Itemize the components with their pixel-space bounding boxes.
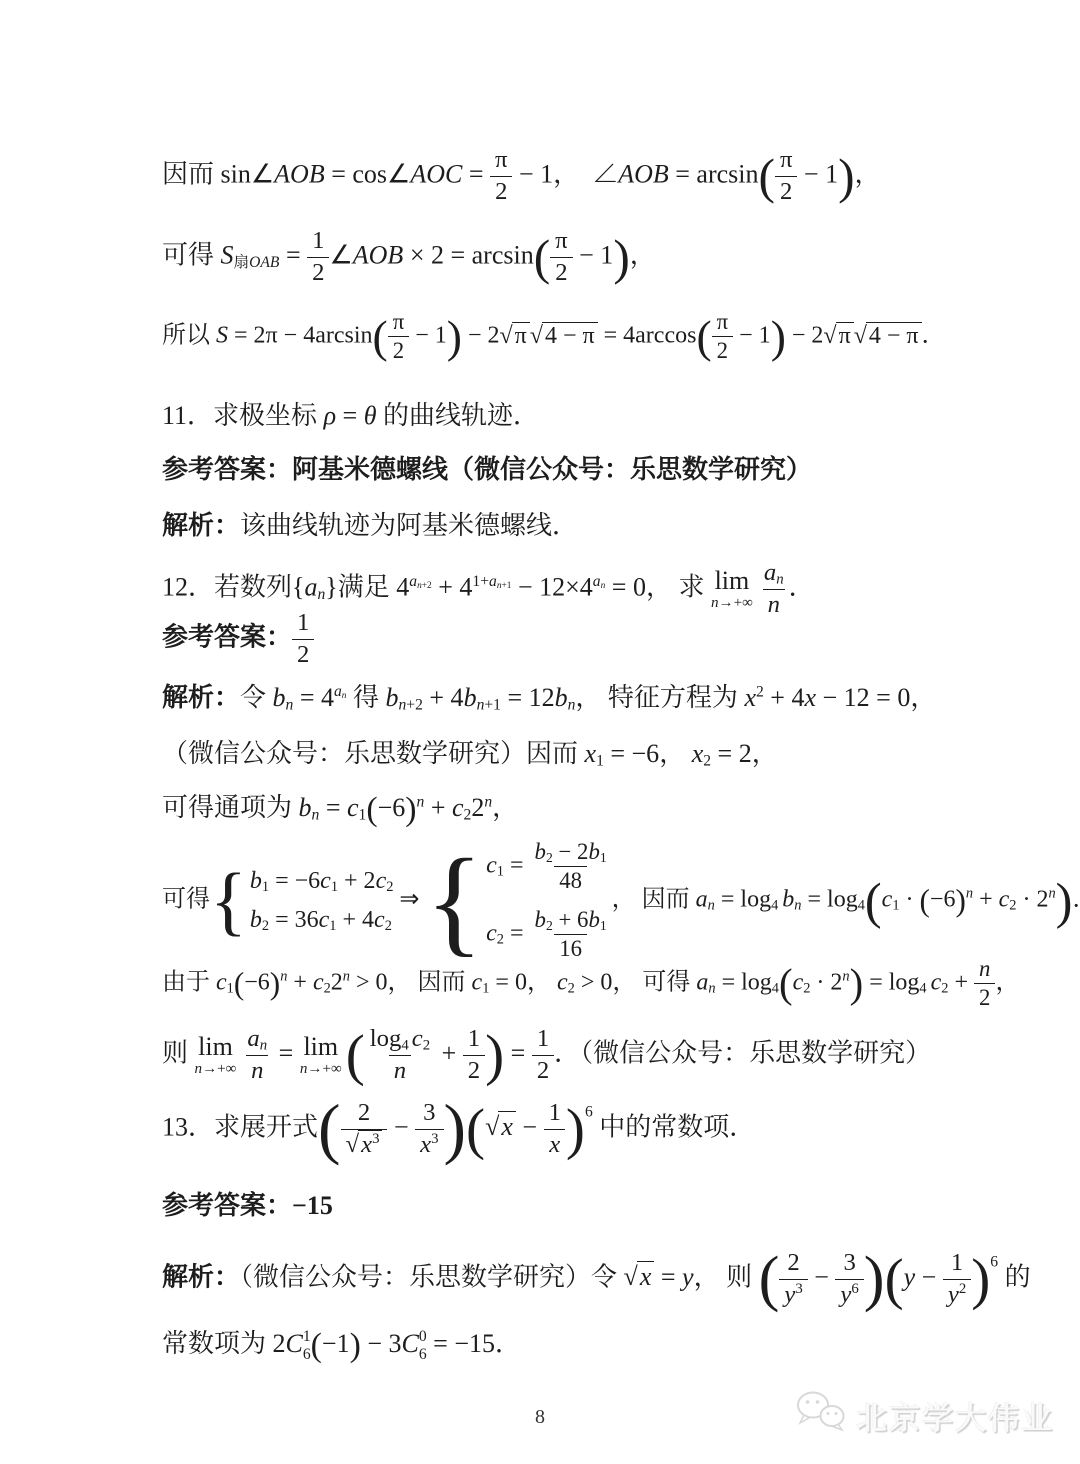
math-paren: )	[1056, 883, 1073, 919]
math-text: = 4	[293, 683, 334, 712]
math-var: b	[588, 839, 599, 864]
math-text: = −15	[427, 1329, 495, 1358]
math-var: n	[966, 886, 973, 902]
math-text: = cos∠	[325, 159, 411, 188]
math-var: c	[793, 970, 804, 996]
math-var: y	[904, 1262, 916, 1291]
math-sup: an	[334, 683, 346, 700]
math-var: n	[484, 793, 492, 810]
line-q13-analysis-1: 解析：（微信公众号：乐思数学研究）令 √x = y， 则 (2y3 − 3y6)…	[162, 1248, 1031, 1311]
math-text: 1	[497, 864, 504, 880]
math-text: 3	[372, 1131, 379, 1147]
math-paren: )	[485, 1035, 504, 1076]
math-paren: (	[759, 1257, 780, 1302]
math-paren: (	[759, 159, 775, 195]
math-fraction: 1x	[544, 1098, 566, 1161]
line-q12-analysis-2: （微信公众号：乐思数学研究）因而 x1 = −6， x2 = 2，	[162, 736, 778, 771]
math-text: −1	[322, 1329, 350, 1358]
math-fraction: 12	[532, 1024, 554, 1087]
math-fraction: n2	[974, 955, 995, 1013]
math-sqrt: √x	[624, 1262, 655, 1291]
math-text: 1	[951, 1249, 963, 1276]
math-text: π	[780, 146, 792, 173]
math-text: lim	[715, 566, 750, 595]
math-sup: an	[593, 573, 605, 590]
math-fraction: ann	[759, 558, 789, 621]
cjk-text: ，	[910, 683, 936, 712]
math-text: 2	[497, 932, 504, 948]
cjk-text: ，	[630, 240, 656, 269]
math-fraction: π2	[712, 308, 734, 366]
cjk-text: ， 因而	[388, 970, 472, 996]
math-text: 2	[262, 918, 269, 934]
math-var: n	[842, 969, 849, 985]
math-text: +1	[502, 581, 512, 591]
math-text: 2	[385, 918, 392, 934]
math-var: x	[549, 1131, 560, 1158]
math-var: b	[555, 683, 568, 712]
math-text: 1	[227, 981, 234, 997]
math-var: b	[250, 907, 262, 933]
math-sup: 3	[372, 1131, 379, 1147]
math-text: 4	[919, 981, 926, 997]
math-var: a	[247, 1025, 259, 1052]
math-text: 6	[303, 1346, 311, 1363]
math-text: lim	[303, 1032, 338, 1061]
math-var: n	[708, 981, 715, 997]
cjk-text: 的	[998, 1262, 1031, 1291]
math-text: π	[717, 309, 729, 334]
math-text: ∠	[329, 240, 352, 269]
cjk-text: ．	[789, 572, 815, 601]
math-text: 1	[549, 1099, 561, 1126]
math-text: 2	[495, 178, 507, 205]
math-sub: n	[260, 1037, 267, 1053]
math-sqrt: √π	[823, 323, 853, 349]
cjk-text: ， 可得	[612, 970, 696, 996]
math-text: −	[915, 1262, 943, 1291]
math-fraction: 12	[292, 608, 314, 671]
math-paren: )	[971, 1259, 990, 1300]
math-text: = 0	[489, 970, 527, 996]
math-var: c	[486, 853, 497, 879]
math-text: 2	[756, 683, 764, 700]
cjk-text: ．	[495, 1329, 521, 1358]
math-text: − 12 = 0	[816, 683, 910, 712]
math-var: AOC	[410, 159, 462, 188]
math-text: 1	[537, 1025, 549, 1052]
math-paren: )	[447, 321, 462, 354]
math-paren: )	[850, 969, 864, 998]
math-var: c	[486, 920, 497, 946]
math-paren: (	[346, 1035, 365, 1076]
line-general-term: 可得通项为 bn = c1(−6)n + c22n，	[162, 790, 518, 825]
math-var: y	[682, 1262, 694, 1291]
math-text: 2	[555, 259, 567, 286]
math-sup: 1+an+1	[472, 573, 511, 590]
math-paren: (	[373, 321, 388, 354]
line-q11: 11．求极坐标 ρ = θ 的曲线轨迹．	[162, 398, 539, 433]
math-text: →+∞	[719, 595, 753, 611]
math-sub: n+2	[399, 696, 423, 713]
math-paren: (	[311, 1334, 322, 1358]
cjk-text: 得	[346, 683, 385, 712]
math-limit: limn→+∞	[300, 1033, 342, 1077]
math-text: 2	[546, 850, 553, 865]
math-fraction: π2	[490, 145, 512, 208]
math-sqrt: √x3	[346, 1131, 383, 1158]
math-var: a	[489, 573, 497, 590]
math-text: +2	[422, 581, 432, 591]
math-text: 4	[396, 572, 409, 601]
math-text: 2	[393, 338, 404, 363]
math-fraction: b2 − 2b148	[530, 838, 612, 896]
math-var: a	[305, 572, 318, 601]
math-var: x	[692, 739, 704, 768]
math-fraction: 2√x3	[341, 1098, 388, 1161]
math-text: 2	[979, 985, 990, 1010]
label-text: 参考答案：阿基米德螺线（微信公众号：乐思数学研究）	[162, 455, 812, 484]
math-var: AOB	[618, 159, 669, 188]
cjk-text: 可得通项为	[162, 793, 299, 822]
math-text: π	[555, 227, 567, 254]
math-sub: n+1	[477, 696, 501, 713]
math-text: 4 − π	[545, 323, 595, 349]
math-text: =	[504, 1038, 532, 1067]
math-var: n	[251, 1057, 263, 1084]
math-sub: 2	[262, 918, 269, 934]
math-text: 13	[162, 1112, 188, 1141]
math-var: c	[320, 868, 331, 894]
math-sup: an+2	[409, 573, 431, 590]
math-sup: 3	[795, 1281, 802, 1297]
math-text: =	[272, 1038, 300, 1067]
math-sub: n+1	[497, 581, 512, 591]
math-var: C	[402, 1329, 419, 1358]
math-text: ⇒	[393, 886, 425, 912]
math-var: a	[696, 970, 708, 996]
math-text: 1	[600, 850, 607, 865]
cjk-text: 满足	[338, 572, 397, 601]
math-cases: {b1 = −6c1 + 2c2b2 = 36c1 + 4c2	[210, 865, 393, 936]
math-var: x	[420, 1131, 431, 1158]
math-var: a	[696, 886, 708, 912]
cjk-text: ，	[553, 159, 592, 188]
math-var: a	[764, 559, 776, 586]
math-text: −6	[930, 886, 956, 912]
math-sub: 1	[227, 981, 234, 997]
line-total-area: 所以 S = 2π − 4arcsin(π2 − 1) − 2√π√4 − π …	[162, 308, 946, 366]
math-text: 2	[358, 1099, 370, 1126]
math-var: S	[216, 323, 228, 349]
math-paren: )	[270, 973, 280, 995]
math-text: 2	[297, 641, 309, 668]
label-text: 参考答案：	[162, 1191, 292, 1220]
line-therefore-sin-aob: 因而 sin∠AOB = cos∠AOC = π2 − 1， ∠AOB = ar…	[162, 145, 881, 208]
math-text: 2	[331, 970, 343, 996]
cjk-text: ，	[659, 739, 692, 768]
math-text: + 4	[432, 572, 473, 601]
math-var: c	[374, 907, 385, 933]
math-text: 1	[600, 918, 607, 933]
math-var: x	[804, 683, 816, 712]
math-text: =	[504, 920, 530, 946]
math-text: 4	[401, 1037, 408, 1053]
math-var: C	[286, 1329, 303, 1358]
math-var: x	[744, 683, 756, 712]
cjk-text: ．若数列	[188, 572, 292, 601]
math-var: OAB	[249, 254, 279, 271]
math-var: n	[394, 1057, 406, 1084]
math-text: − 2	[462, 323, 500, 349]
math-text: ∠	[592, 159, 618, 188]
math-text: 2	[471, 793, 484, 822]
math-sub: 2	[497, 932, 504, 948]
math-scripts: 16	[303, 1328, 311, 1364]
math-text: lim	[198, 1032, 233, 1061]
math-text: π	[839, 323, 851, 349]
math-text: 6	[990, 1254, 998, 1271]
math-text: =	[319, 793, 347, 822]
math-var: c	[452, 793, 464, 822]
math-sub: 4	[772, 981, 779, 997]
math-paren: )	[955, 890, 965, 912]
math-text: 6	[585, 1104, 593, 1121]
math-text: = 0	[605, 572, 646, 601]
math-limit: limn→+∞	[195, 1033, 237, 1077]
math-text: 3	[423, 1099, 435, 1126]
line-system: 可得{b1 = −6c1 + 2c2b2 = 36c1 + 4c2 ⇒ {c1 …	[162, 838, 1080, 964]
math-text: →+∞	[307, 1061, 341, 1077]
math-text: − 1	[513, 159, 554, 188]
math-text: 1	[262, 880, 269, 896]
math-sup: 2	[959, 1281, 966, 1297]
math-fraction: 12	[463, 1024, 485, 1087]
math-sup: n	[842, 969, 849, 985]
math-sub: 4	[771, 898, 778, 914]
math-sup: n	[343, 969, 350, 985]
math-text: =	[336, 401, 364, 430]
cjk-text: ，	[995, 970, 1019, 996]
math-var: c	[347, 793, 359, 822]
math-paren: )	[864, 1257, 885, 1302]
math-paren: )	[838, 159, 854, 195]
math-text: − 1	[797, 159, 838, 188]
cjk-text: 则	[162, 1038, 195, 1067]
line-sector-area: 可得 S扇OAB = 12∠AOB × 2 = arcsin(π2 − 1)，	[162, 226, 656, 289]
math-sup: 6	[990, 1254, 998, 1271]
math-paren: (	[885, 1259, 904, 1300]
math-text: 12	[162, 572, 188, 601]
math-text: {	[292, 572, 304, 601]
math-text: 1	[596, 752, 604, 769]
label-text: 解析：	[162, 683, 240, 712]
math-text: 2	[546, 918, 553, 933]
math-var: x	[501, 1112, 513, 1141]
math-text: →+∞	[202, 1061, 236, 1077]
cjk-text: ， 则	[694, 1262, 759, 1291]
math-paren: )	[350, 1334, 361, 1358]
math-text: − 2	[553, 839, 589, 864]
math-text: + 4	[336, 907, 374, 933]
math-sub: 2	[546, 850, 553, 865]
cjk-text: ．	[1072, 886, 1080, 912]
math-var: n	[195, 1061, 203, 1077]
math-sub: n	[776, 571, 783, 587]
math-paren: (	[696, 321, 711, 354]
math-sub: 4	[858, 898, 865, 914]
math-text: −	[387, 1112, 415, 1141]
math-text: =	[504, 853, 530, 879]
math-text: 2	[717, 338, 728, 363]
label-text: 解析：	[162, 1262, 240, 1291]
math-text: +	[424, 793, 452, 822]
math-var: y	[784, 1281, 795, 1308]
math-text: · 2	[1016, 886, 1048, 912]
math-text: − 2	[786, 323, 824, 349]
math-paren: )	[613, 240, 629, 276]
math-sqrt: √4 − π	[530, 323, 598, 349]
math-text: 2	[423, 1037, 430, 1053]
math-paren: )	[771, 321, 786, 354]
line-since-positive: 由于 c1(−6)n + c22n > 0， 因而 c1 = 0， c2 > 0…	[162, 955, 1019, 1013]
math-var: b	[782, 886, 794, 912]
math-var: b	[588, 907, 599, 932]
math-text: 1	[312, 227, 324, 254]
cjk-text: ，	[752, 739, 778, 768]
math-paren: )	[566, 1109, 585, 1150]
math-text: −	[808, 1262, 836, 1291]
math-var: b	[299, 793, 312, 822]
math-sub: 2	[385, 918, 392, 934]
math-paren: (	[466, 1109, 485, 1150]
cjk-text: ， 因而	[612, 886, 696, 912]
cjk-text: 该曲线轨迹为阿基米德螺线．	[240, 511, 578, 540]
math-var: ρ	[324, 401, 336, 430]
math-text: ·	[900, 886, 920, 912]
math-text: = −6	[604, 739, 659, 768]
cjk-text: ．求展开式	[188, 1112, 318, 1141]
math-sub: 1	[359, 806, 367, 823]
math-text: 2	[468, 1057, 480, 1084]
math-var: n	[776, 571, 783, 587]
math-var: c	[557, 970, 568, 996]
cjk-text: ， 特征方程为	[575, 683, 744, 712]
math-text: −	[516, 1112, 544, 1141]
document-page: 因而 sin∠AOB = cos∠AOC = π2 − 1， ∠AOB = ar…	[0, 0, 1080, 1464]
math-sqrt: √x	[485, 1112, 516, 1141]
math-text: 48	[559, 868, 582, 893]
math-var: y	[948, 1281, 959, 1308]
math-var: AOB	[353, 240, 404, 269]
line-q13-analysis-2: 常数项为 2C16(−1) − 3C06 = −15．	[162, 1326, 521, 1364]
math-text: + 2	[338, 868, 376, 894]
math-text: = log	[863, 970, 919, 996]
cjk-text: 的曲线轨迹．	[377, 401, 540, 430]
math-var: n	[343, 969, 350, 985]
math-var: c	[216, 970, 227, 996]
math-sub: 扇OAB	[234, 254, 280, 271]
math-text: +2	[406, 696, 423, 713]
cjk-text: 由于	[162, 970, 216, 996]
math-text: − 1	[733, 323, 771, 349]
math-var: AOB	[274, 159, 325, 188]
math-text: log	[370, 1025, 402, 1052]
math-var: b	[386, 683, 399, 712]
line-q13: 13．求展开式(2√x3 − 3x3)(√x − 1x)6 中的常数项．	[162, 1098, 755, 1161]
math-paren: (	[366, 798, 377, 822]
math-text: = 2π − 4arcsin	[228, 323, 373, 349]
math-text: 2	[703, 752, 711, 769]
math-sqrt: √4 − π	[854, 323, 922, 349]
math-var: θ	[364, 401, 377, 430]
math-text: > 0	[350, 970, 388, 996]
math-var: x	[585, 739, 597, 768]
math-sub: 4	[401, 1037, 408, 1053]
cjk-text: ．	[922, 323, 946, 349]
math-text: =	[462, 159, 490, 188]
cjk-text: 所以	[162, 323, 216, 349]
math-var: b	[273, 683, 286, 712]
math-var: x	[640, 1262, 652, 1291]
math-text: − 12×4	[511, 572, 592, 601]
math-sqrt: √π	[499, 323, 529, 349]
math-sub: 4	[919, 981, 926, 997]
math-sub: 2	[324, 981, 331, 997]
math-text: − 1	[409, 323, 447, 349]
math-text: = 12	[501, 683, 555, 712]
math-var: a	[334, 683, 342, 700]
cjk-text: 常数项为	[162, 1329, 273, 1358]
math-text: + 4	[764, 683, 805, 712]
math-sub: 1	[600, 918, 607, 933]
cjk-text: 令	[240, 683, 273, 712]
math-sub: 1	[331, 880, 338, 896]
math-text: 1	[359, 806, 367, 823]
math-sup: 3	[431, 1131, 438, 1147]
math-var: a	[409, 573, 417, 590]
math-fraction: 3x3	[415, 1098, 443, 1161]
math-text: +	[287, 970, 313, 996]
math-sub: n+2	[417, 581, 432, 591]
math-paren: (	[779, 969, 793, 998]
math-text: · 2	[810, 970, 842, 996]
math-text: 3	[843, 1249, 855, 1276]
math-text: 2	[568, 981, 575, 997]
math-text: 1	[892, 898, 899, 914]
cjk-text: ．（微信公众号：乐思数学研究）	[554, 1038, 931, 1067]
math-paren: (	[920, 890, 930, 912]
math-fraction: 12	[307, 226, 329, 289]
math-text: = 36	[269, 907, 319, 933]
math-text: = −6	[269, 868, 320, 894]
cjk-text: 可得	[162, 240, 221, 269]
cjk-text: 扇	[234, 254, 250, 271]
math-sub: n	[708, 898, 715, 914]
math-text: sin∠	[221, 159, 275, 188]
math-text: 6	[419, 1346, 427, 1363]
math-paren: (	[234, 973, 244, 995]
math-paren: )	[444, 1105, 467, 1154]
math-fraction: π2	[775, 145, 797, 208]
math-text: +	[435, 1038, 463, 1067]
wechat-icon	[794, 1390, 848, 1441]
math-var: c	[376, 868, 387, 894]
math-sub: 1	[262, 880, 269, 896]
math-text: 4	[858, 898, 865, 914]
cjk-text: 因而	[162, 159, 221, 188]
math-text: −6	[378, 793, 406, 822]
